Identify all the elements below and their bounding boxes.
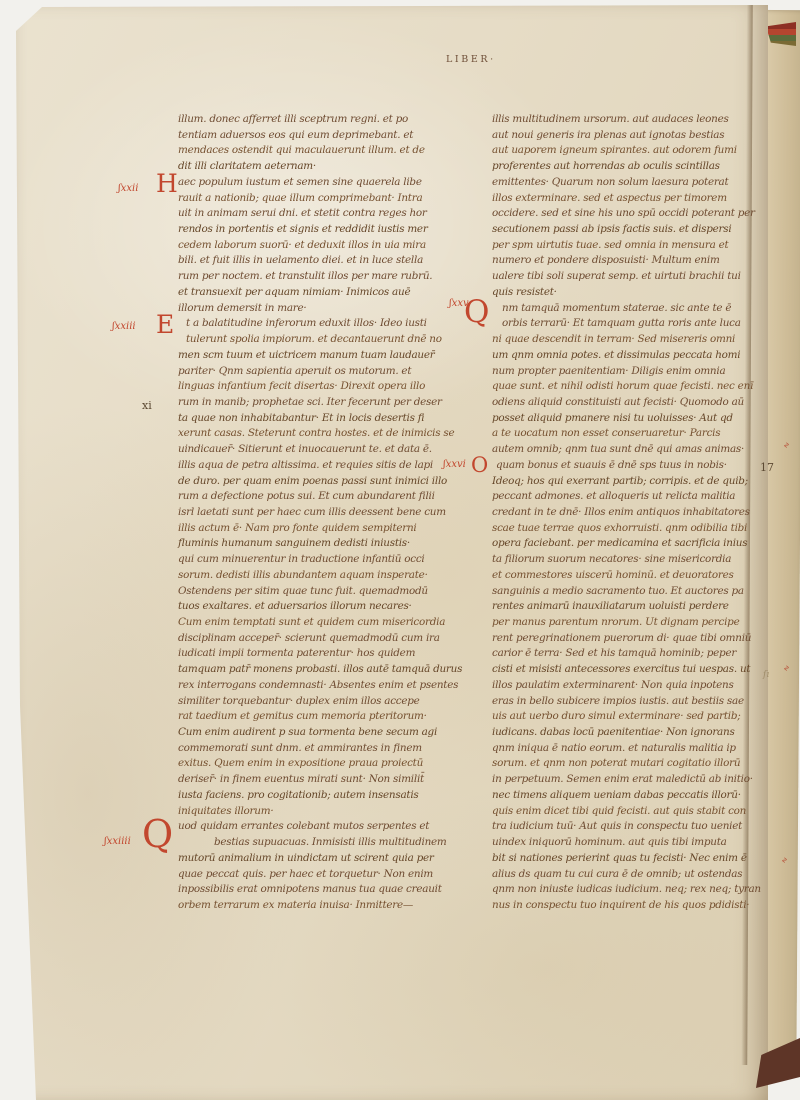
line-text: commemorati sunt dnm. et ammirantes in f…	[178, 742, 422, 754]
text-line: linguas infantium fecit disertas· Direxi…	[178, 379, 470, 395]
text-line: orbem terrarum ex materia inuisa· Inmitt…	[178, 898, 470, 914]
line-text: rauit a nationib; quae illum comprimeban…	[178, 192, 422, 204]
line-text: tuos exaltares. et aduersarios illorum n…	[178, 600, 412, 612]
text-line: aut uaporem igneum spirantes. aut odorem…	[492, 143, 764, 159]
text-line: Haec populum iustum et semen sine quaere…	[178, 175, 470, 191]
text-line: xerunt casas. Steterunt contra hostes. e…	[178, 426, 470, 442]
text-line: alius ds quam tu cui cura ē de omnib; ut…	[492, 867, 764, 883]
text-column-left: illum. donec afferret illi sceptrum regn…	[178, 112, 470, 914]
text-line: in perpetuum. Semen enim erat maledictū …	[492, 772, 764, 788]
margin-note: ſı	[763, 670, 769, 680]
line-text: similiter torquebantur· duplex enim illo…	[178, 695, 420, 707]
text-line: exitus. Quem enim in expositione praua p…	[178, 756, 470, 772]
text-line: per manus parentum nrorum. Ut dignam per…	[492, 615, 764, 631]
line-text: linguas infantium fecit disertas· Direxi…	[178, 380, 425, 392]
text-line: ta quae non inhabitabantur· Et in locis …	[178, 411, 470, 427]
text-line: quae peccat quis. per haec et torquetur·…	[178, 867, 470, 883]
text-line: mutorū animalium in uindictam ut scirent…	[178, 851, 470, 867]
margin-note: ʃxxiii	[112, 321, 136, 332]
text-line: peccant admones. et alloqueris ut relict…	[492, 489, 764, 505]
text-line: uindicauer̄· Sitierunt et inuocauerunt t…	[178, 442, 470, 458]
line-text: occidere. sed et sine his uno spū occidi…	[492, 207, 755, 219]
line-text: Ideoq; hos qui exerrant partib; corripis…	[492, 475, 748, 487]
illuminated-initial: H	[156, 171, 178, 196]
line-text: de duro. per quam enim poenas passi sunt…	[178, 475, 447, 487]
margin-note: ʃxxiiii	[104, 836, 131, 847]
line-text: illum. donec afferret illi sceptrum regn…	[178, 113, 408, 125]
line-text: um qnm omnia potes. et dissimulas peccat…	[492, 349, 740, 361]
text-line: qnm non iniuste iudicas iudicium. neq; r…	[492, 882, 764, 898]
line-text: Ostendens per sitim quae tunc fuit. quem…	[178, 585, 428, 597]
text-line: credant in te dnē· Illos enim antiquos i…	[492, 505, 764, 521]
text-line: men scm tuum et uictricem manum tuam lau…	[178, 348, 470, 364]
line-text: quis enim dicet tibi quid fecisti. aut q…	[492, 805, 746, 817]
text-line: Ostendens per sitim quae tunc fuit. quem…	[178, 584, 470, 600]
text-line: illum. donec afferret illi sceptrum regn…	[178, 112, 470, 128]
line-text: rat taedium et gemitus cum memoria pteri…	[178, 710, 427, 722]
text-line: autem omnib; qnm tua sunt dnē qui amas a…	[492, 442, 764, 458]
line-text: autem omnib; qnm tua sunt dnē qui amas a…	[492, 443, 744, 455]
line-text: isrl laetati sunt per haec cum illis dee…	[178, 506, 446, 518]
text-line: iudicans. dabas locū paenitentiae· Non i…	[492, 725, 764, 741]
line-text: illos exterminare. sed et aspectus per t…	[492, 192, 727, 204]
line-text: Cum enim temptati sunt et quidem cum mis…	[178, 616, 445, 628]
line-text: dit illi claritatem aeternam·	[178, 160, 316, 172]
line-text: nm tamquā momentum staterae. sic ante te…	[502, 302, 731, 314]
line-text: quae sunt. et nihil odisti horum quae fe…	[492, 380, 753, 392]
text-line: Cum enim temptati sunt et quidem cum mis…	[178, 615, 470, 631]
line-text: bestias supuacuas. Inmisisti illis multi…	[214, 836, 447, 848]
text-line: num propter paenitentiam· Diligis enim o…	[492, 364, 764, 380]
text-line: illis multitudinem ursorum. aut audaces …	[492, 112, 764, 128]
line-text: Cum enim audirent p sua tormenta bene se…	[178, 726, 437, 738]
line-text: ta quae non inhabitabantur· Et in locis …	[178, 412, 424, 424]
line-text: deriser̄· in finem euentus mirati sunt· …	[178, 773, 424, 785]
line-text: men scm tuum et uictricem manum tuam lau…	[178, 349, 435, 361]
line-text: bit si nationes perierint quas tu fecist…	[492, 852, 747, 864]
text-line: rum per noctem. et transtulit illos per …	[178, 269, 470, 285]
line-text: uit in animam serui dni. et stetit contr…	[178, 207, 427, 219]
text-line: et transuexit per aquam nimiam· Inimicos…	[178, 285, 470, 301]
line-text: qui cum minuerentur in traductione infan…	[178, 553, 424, 565]
text-line: occidere. sed et sine his uno spū occidi…	[492, 206, 764, 222]
text-line: qnm iniqua ē natio eorum. et naturalis m…	[492, 741, 764, 757]
line-text: tamquam patr̄ monens probasti. illos aut…	[178, 663, 462, 675]
line-text: sorum. dedisti illis abundantem aquam in…	[178, 569, 428, 581]
line-text: nec timens aliquem ueniam dabas peccatis…	[492, 789, 741, 801]
text-line: sorum. dedisti illis abundantem aquam in…	[178, 568, 470, 584]
line-text: proferentes aut horrendas ab oculis scin…	[492, 160, 720, 172]
line-text: rum in manib; prophetae sci. Iter feceru…	[178, 396, 442, 408]
line-text: aec populum iustum et semen sine quaerel…	[178, 176, 422, 188]
line-text: tra iudicium tuū· Aut quis in conspectu …	[492, 820, 742, 832]
line-text: exitus. Quem enim in expositione praua p…	[178, 757, 423, 769]
line-text: in perpetuum. Semen enim erat maledictū …	[492, 773, 753, 785]
text-line: cisti et misisti antecessores exercitus …	[492, 662, 764, 678]
line-text: uod quidam errantes colebant mutos serpe…	[178, 820, 429, 832]
illuminated-initial: E	[156, 312, 174, 337]
text-line: inpossibilis erat omnipotens manus tua q…	[178, 882, 470, 898]
line-text: mendaces ostendit qui maculauerunt illum…	[178, 144, 425, 156]
text-line: emittentes· Quarum non solum laesura pot…	[492, 175, 764, 191]
text-line: rex interrogans condemnasti· Absentes en…	[178, 678, 470, 694]
line-text: iudicati impii tormenta paterentur· hos …	[178, 647, 415, 659]
text-line: secutionem passi ab ipsis factis suis. e…	[492, 222, 764, 238]
text-line: dit illi claritatem aeternam·	[178, 159, 470, 175]
text-line: bit si nationes perierint quas tu fecist…	[492, 851, 764, 867]
running-title: LIBER·	[446, 54, 496, 65]
line-text: bili. et fuit illis in uelamento diei. e…	[178, 254, 423, 266]
text-line: uit in animam serui dni. et stetit contr…	[178, 206, 470, 222]
text-line: cedem laborum suorū· et deduxit illos in…	[178, 238, 470, 254]
text-line: tentiam aduersos eos qui eum deprimebant…	[178, 128, 470, 144]
text-line: rentes animarū inauxiliatarum uoluisti p…	[492, 599, 764, 615]
text-line: illos exterminare. sed et aspectus per t…	[492, 191, 764, 207]
text-line: ualere tibi soli superat semp. et uirtut…	[492, 269, 764, 285]
line-text: tentiam aduersos eos qui eum deprimebant…	[178, 129, 413, 141]
text-line: rum a defectione potus sui. Et cum abund…	[178, 489, 470, 505]
margin-note: 17	[760, 461, 774, 474]
text-line: uindex iniquorū hominum. aut quis tibi i…	[492, 835, 764, 851]
line-text: ta filiorum suorum necatores· sine miser…	[492, 553, 731, 565]
text-line: proferentes aut horrendas ab oculis scin…	[492, 159, 764, 175]
text-line: aut noui generis ira plenas aut ignotas …	[492, 128, 764, 144]
line-text: per manus parentum nrorum. Ut dignam per…	[492, 616, 739, 628]
text-column-right: illis multitudinem ursorum. aut audaces …	[492, 112, 764, 914]
line-text: credant in te dnē· Illos enim antiquos i…	[492, 506, 750, 518]
line-text: sanguinis a medio sacramento tuo. Et auc…	[492, 585, 744, 597]
text-line: pariter· Qnm sapientia aperuit os mutoru…	[178, 364, 470, 380]
text-line: tamquam patr̄ monens probasti. illos aut…	[178, 662, 470, 678]
line-text: scae tuae terrae quos exhorruisti. qnm o…	[492, 522, 747, 534]
line-text: rent peregrinationem puerorum di· quae t…	[492, 632, 751, 644]
line-text: secutionem passi ab ipsis factis suis. e…	[492, 223, 731, 235]
text-line: per spm uirtutis tuae. sed omnia in mens…	[492, 238, 764, 254]
line-text: numero et pondere disposuisti· Multum en…	[492, 254, 720, 266]
margin-note: ∿	[782, 441, 791, 448]
text-line: Oquam bonus et suauis ē dnē sps tuus in …	[492, 458, 764, 474]
text-line: rat taedium et gemitus cum memoria pteri…	[178, 709, 470, 725]
line-text: uis aut uerbo duro simul exterminare· se…	[492, 710, 740, 722]
text-line: rauit a nationib; quae illum comprimeban…	[178, 191, 470, 207]
text-line: posset aliquid pmanere nisi tu uoluisses…	[492, 411, 764, 427]
illuminated-initial: O	[471, 455, 488, 476]
text-line: Quod quidam errantes colebant mutos serp…	[178, 819, 470, 835]
line-text: tulerunt spolia impiorum. et decantaueru…	[186, 333, 442, 345]
line-text: illorum demersit in mare·	[178, 302, 306, 314]
text-line: illorum demersit in mare·	[178, 301, 470, 317]
line-text: t a balatitudine inferorum eduxit illos·…	[186, 317, 427, 329]
text-line: illis aqua de petra altissima. et requie…	[178, 458, 470, 474]
line-text: illis multitudinem ursorum. aut audaces …	[492, 113, 729, 125]
text-line: nec timens aliquem ueniam dabas peccatis…	[492, 788, 764, 804]
line-text: num propter paenitentiam· Diligis enim o…	[492, 365, 725, 377]
text-line: ni quae descendit in terram· Sed miserer…	[492, 332, 764, 348]
line-text: et commestores uiscerū hominū. et deuora…	[492, 569, 734, 581]
line-text: iusta faciens. pro cogitationib; autem i…	[178, 789, 418, 801]
text-line: illis actum ē· Nam pro fonte quidem semp…	[178, 521, 470, 537]
text-line: mendaces ostendit qui maculauerunt illum…	[178, 143, 470, 159]
margin-note: ʃxxvi	[443, 459, 466, 470]
line-text: rex interrogans condemnasti· Absentes en…	[178, 679, 458, 691]
line-text: quis resistet·	[492, 286, 557, 298]
text-line: eras in bello subicere impios iustis. au…	[492, 694, 764, 710]
text-line: numero et pondere disposuisti· Multum en…	[492, 253, 764, 269]
line-text: ualere tibi soli superat semp. et uirtut…	[492, 270, 741, 282]
line-text: disciplinam acceper̄· scierunt quemadmod…	[178, 632, 440, 644]
text-line: Et a balatitudine inferorum eduxit illos…	[178, 316, 470, 332]
line-text: opera faciebant. per medicamina et sacri…	[492, 537, 747, 549]
line-text: a te uocatum non esset conseruaretur· Pa…	[492, 427, 720, 439]
line-text: qnm non iniuste iudicas iudicium. neq; r…	[492, 883, 761, 895]
text-line: rendos in portentis et signis et reddidi…	[178, 222, 470, 238]
line-text: et transuexit per aquam nimiam· Inimicos…	[178, 286, 410, 298]
line-text: eras in bello subicere impios iustis. au…	[492, 695, 744, 707]
text-line: de duro. per quam enim poenas passi sunt…	[178, 474, 470, 490]
text-line: orbis terrarū· Et tamquam gutta roris an…	[492, 316, 764, 332]
text-line: Ideoq; hos qui exerrant partib; corripis…	[492, 474, 764, 490]
line-text: aut noui generis ira plenas aut ignotas …	[492, 129, 724, 141]
line-text: posset aliquid pmanere nisi tu uoluisses…	[492, 412, 733, 424]
text-line: tuos exaltares. et aduersarios illorum n…	[178, 599, 470, 615]
line-text: illis actum ē· Nam pro fonte quidem semp…	[178, 522, 417, 534]
line-text: rum per noctem. et transtulit illos per …	[178, 270, 432, 282]
text-line: quae sunt. et nihil odisti horum quae fe…	[492, 379, 764, 395]
line-text: quam bonus et suauis ē dnē sps tuus in n…	[496, 459, 727, 471]
text-line: iusta faciens. pro cogitationib; autem i…	[178, 788, 470, 804]
text-line: iniquitates illorum·	[178, 804, 470, 820]
line-text: cisti et misisti antecessores exercitus …	[492, 663, 750, 675]
line-text: sorum. et qnm non poterat mutari cogitat…	[492, 757, 740, 769]
line-text: iudicans. dabas locū paenitentiae· Non i…	[492, 726, 735, 738]
text-line: nus in conspectu tuo inquirent de his qu…	[492, 898, 764, 914]
text-line: fluminis humanum sanguinem dedisti inius…	[178, 536, 470, 552]
line-text: illos paulatim exterminarent· Non quia i…	[492, 679, 734, 691]
text-line: sanguinis a medio sacramento tuo. Et auc…	[492, 584, 764, 600]
line-text: uindex iniquorū hominum. aut quis tibi i…	[492, 836, 727, 848]
text-line: Cum enim audirent p sua tormenta bene se…	[178, 725, 470, 741]
text-line: rum in manib; prophetae sci. Iter feceru…	[178, 395, 470, 411]
text-line: disciplinam acceper̄· scierunt quemadmod…	[178, 631, 470, 647]
text-line: bili. et fuit illis in uelamento diei. e…	[178, 253, 470, 269]
text-line: odiens aliquid constituisti aut fecisti·…	[492, 395, 764, 411]
line-text: quae peccat quis. per haec et torquetur·…	[178, 868, 433, 880]
margin-note: ∿	[782, 664, 791, 671]
text-line: et commestores uiscerū hominū. et deuora…	[492, 568, 764, 584]
text-line: tulerunt spolia impiorum. et decantaueru…	[178, 332, 470, 348]
line-text: fluminis humanum sanguinem dedisti inius…	[178, 537, 410, 549]
margin-note: ∿	[780, 856, 789, 863]
line-text: emittentes· Quarum non solum laesura pot…	[492, 176, 728, 188]
line-text: uindicauer̄· Sitierunt et inuocauerunt t…	[178, 443, 432, 455]
text-line: sorum. et qnm non poterat mutari cogitat…	[492, 756, 764, 772]
text-line: iudicati impii tormenta paterentur· hos …	[178, 646, 470, 662]
text-line: uis aut uerbo duro simul exterminare· se…	[492, 709, 764, 725]
text-line: ta filiorum suorum necatores· sine miser…	[492, 552, 764, 568]
line-text: illis aqua de petra altissima. et requie…	[178, 459, 433, 471]
text-line: carior ē terra· Sed et his tamquā homini…	[492, 646, 764, 662]
line-text: cedem laborum suorū· et deduxit illos in…	[178, 239, 426, 251]
line-text: peccant admones. et alloqueris ut relict…	[492, 490, 735, 502]
illuminated-initial: Q	[464, 297, 489, 328]
line-text: nus in conspectu tuo inquirent de his qu…	[492, 899, 749, 911]
text-line: Qnm tamquā momentum staterae. sic ante t…	[492, 301, 764, 317]
text-line: illos paulatim exterminarent· Non quia i…	[492, 678, 764, 694]
line-text: ni quae descendit in terram· Sed miserer…	[492, 333, 735, 345]
illuminated-initial: Q	[142, 815, 173, 853]
margin-note: xi	[142, 399, 152, 412]
text-line: rent peregrinationem puerorum di· quae t…	[492, 631, 764, 647]
text-line: quis enim dicet tibi quid fecisti. aut q…	[492, 804, 764, 820]
line-text: mutorū animalium in uindictam ut scirent…	[178, 852, 434, 864]
line-text: inpossibilis erat omnipotens manus tua q…	[178, 883, 442, 895]
text-line: quis resistet·	[492, 285, 764, 301]
text-line: a te uocatum non esset conseruaretur· Pa…	[492, 426, 764, 442]
manuscript-photo: LIBER· illum. donec afferret illi sceptr…	[0, 0, 800, 1100]
line-text: xerunt casas. Steterunt contra hostes. e…	[178, 427, 454, 439]
text-line: isrl laetati sunt per haec cum illis dee…	[178, 505, 470, 521]
line-text: aut uaporem igneum spirantes. aut odorem…	[492, 144, 737, 156]
margin-note: ʃxxii	[118, 183, 138, 194]
line-text: rendos in portentis et signis et reddidi…	[178, 223, 428, 235]
text-line: scae tuae terrae quos exhorruisti. qnm o…	[492, 521, 764, 537]
text-line: bestias supuacuas. Inmisisti illis multi…	[178, 835, 470, 851]
text-line: opera faciebant. per medicamina et sacri…	[492, 536, 764, 552]
text-line: similiter torquebantur· duplex enim illo…	[178, 694, 470, 710]
line-text: iniquitates illorum·	[178, 805, 273, 817]
line-text: odiens aliquid constituisti aut fecisti·…	[492, 396, 744, 408]
line-text: rentes animarū inauxiliatarum uoluisti p…	[492, 600, 729, 612]
line-text: orbem terrarum ex materia inuisa· Inmitt…	[178, 899, 413, 911]
line-text: orbis terrarū· Et tamquam gutta roris an…	[502, 317, 741, 329]
line-text: rum a defectione potus sui. Et cum abund…	[178, 490, 435, 502]
line-text: alius ds quam tu cui cura ē de omnib; ut…	[492, 868, 742, 880]
text-line: qui cum minuerentur in traductione infan…	[178, 552, 470, 568]
line-text: qnm iniqua ē natio eorum. et naturalis m…	[492, 742, 736, 754]
text-line: commemorati sunt dnm. et ammirantes in f…	[178, 741, 470, 757]
text-line: um qnm omnia potes. et dissimulas peccat…	[492, 348, 764, 364]
line-text: pariter· Qnm sapientia aperuit os mutoru…	[178, 365, 411, 377]
line-text: per spm uirtutis tuae. sed omnia in mens…	[492, 239, 728, 251]
text-line: deriser̄· in finem euentus mirati sunt· …	[178, 772, 470, 788]
text-line: tra iudicium tuū· Aut quis in conspectu …	[492, 819, 764, 835]
line-text: carior ē terra· Sed et his tamquā homini…	[492, 647, 736, 659]
